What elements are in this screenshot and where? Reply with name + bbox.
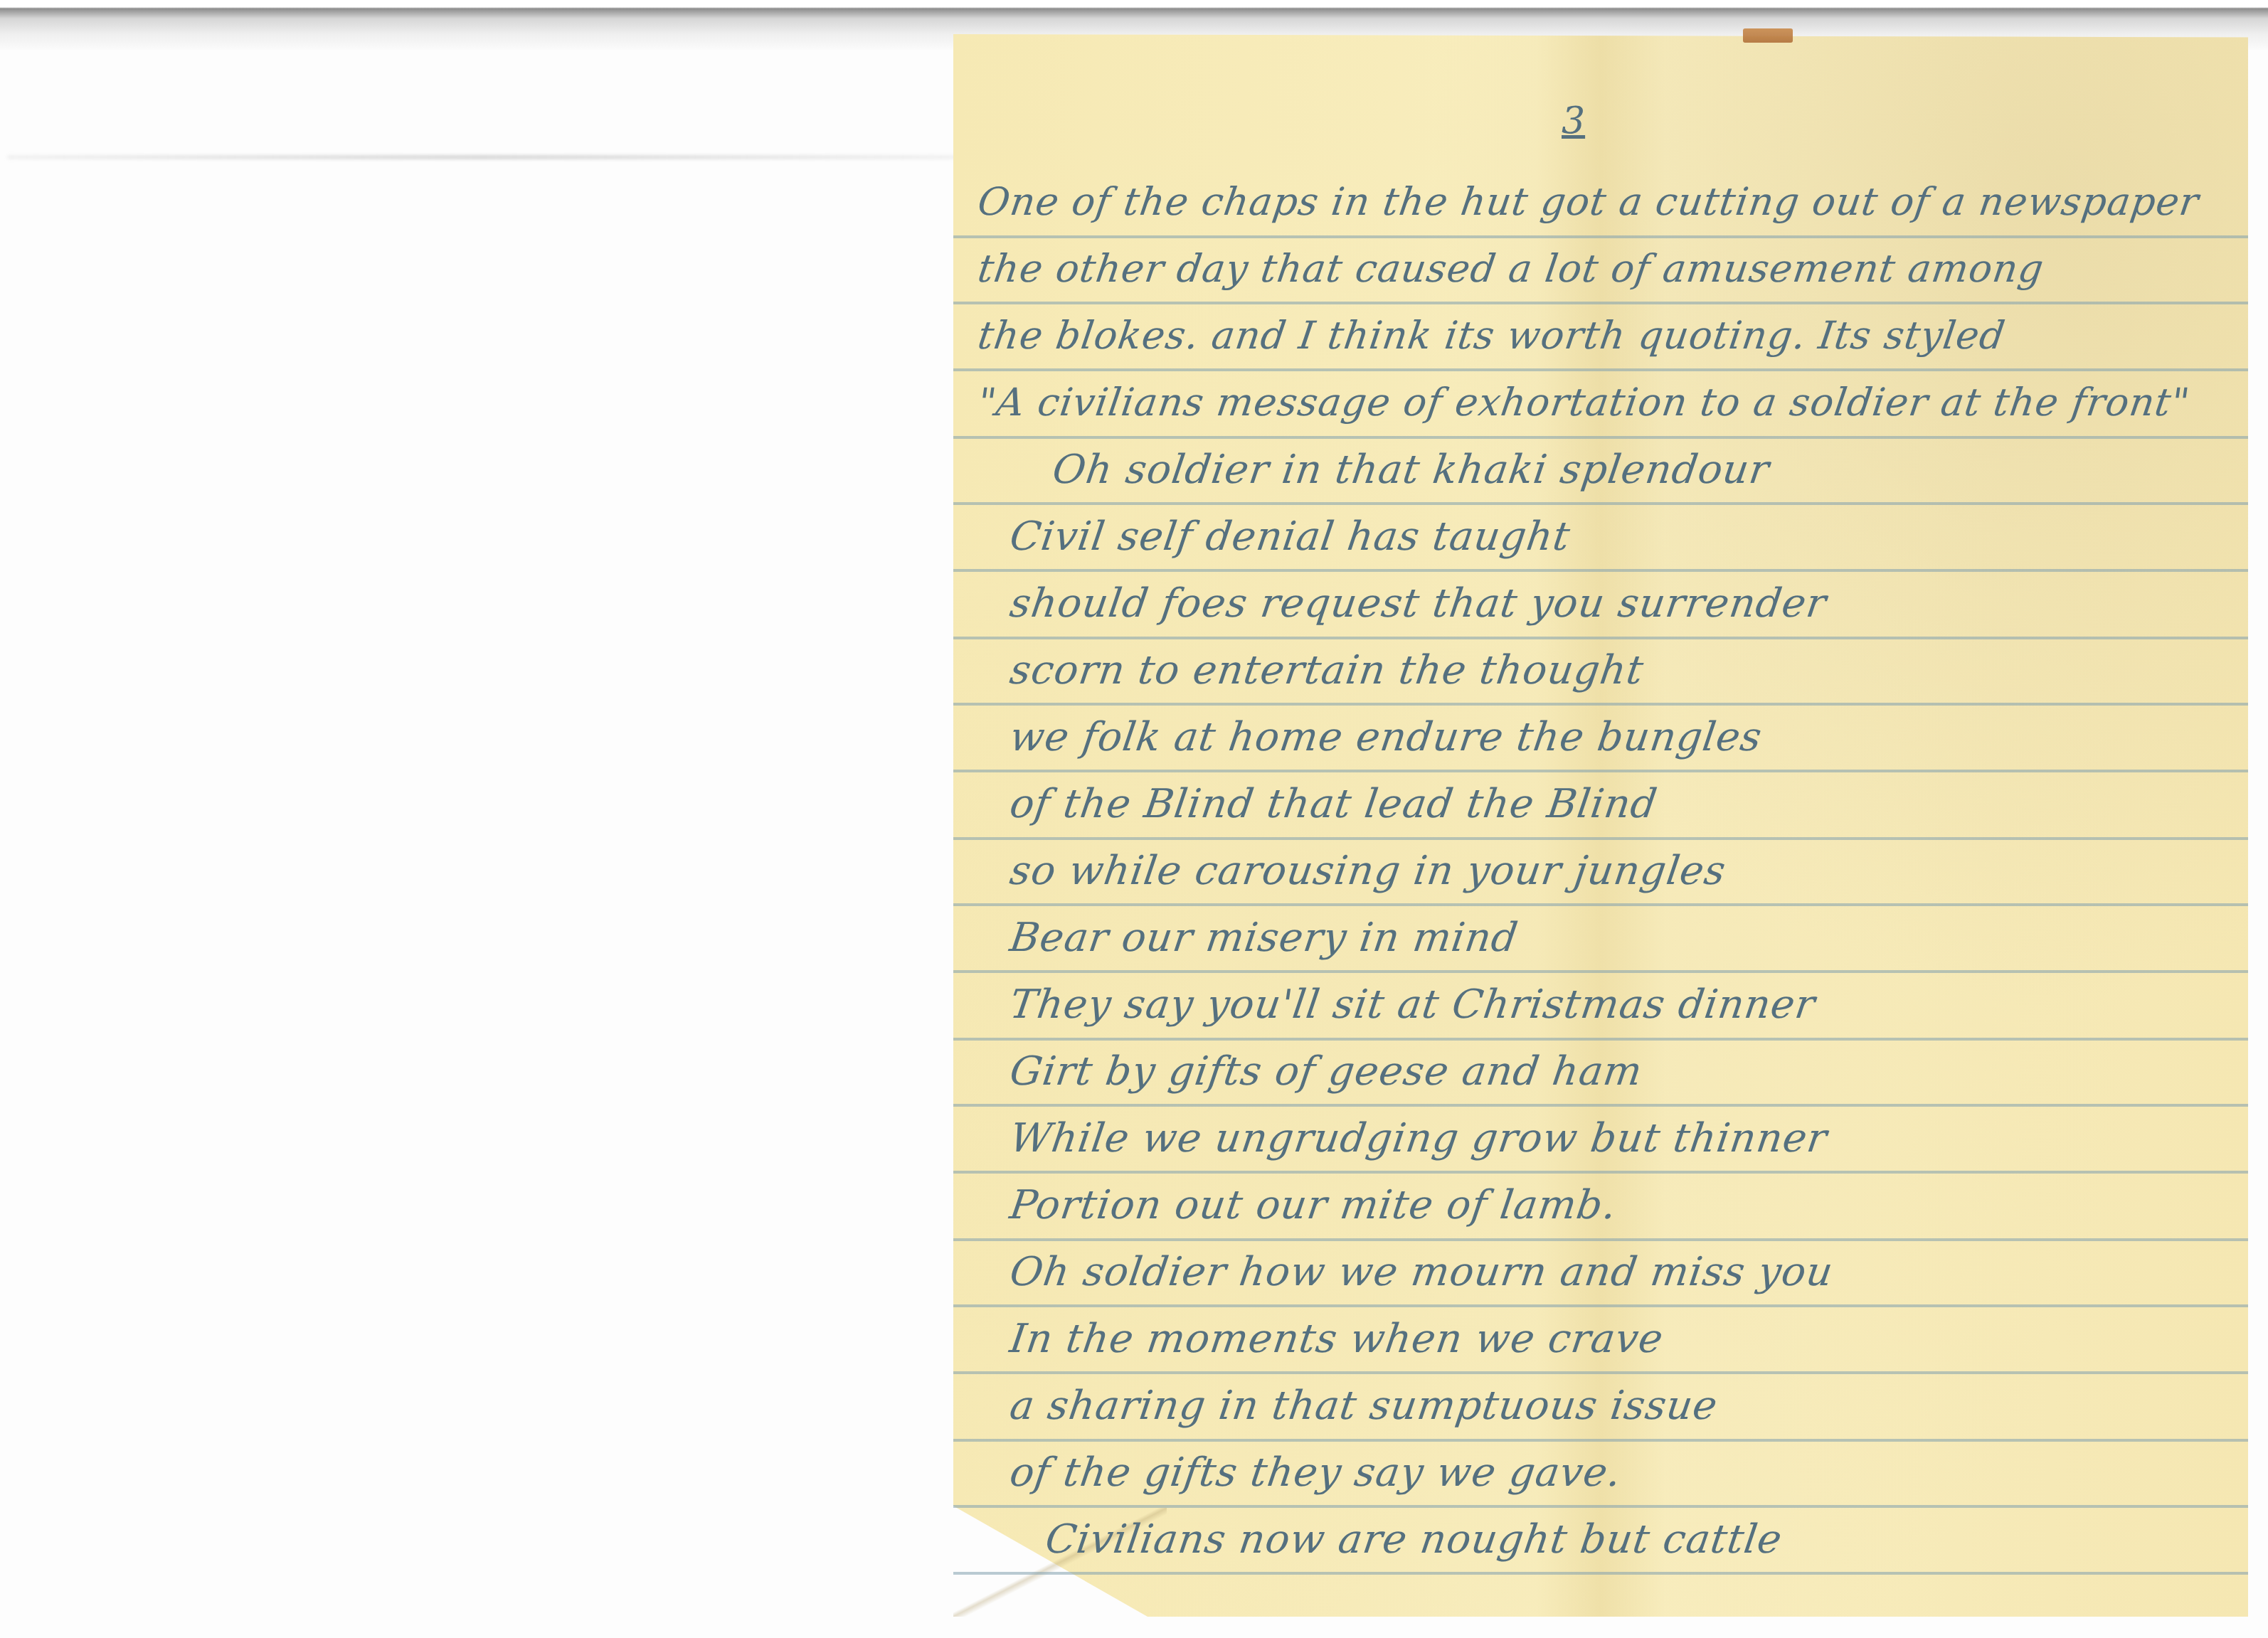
ruled-line xyxy=(953,436,2248,439)
poem-line: scorn to entertain the thought xyxy=(1007,647,1646,693)
tape-remnant xyxy=(1743,28,1793,43)
ruled-line xyxy=(953,637,2248,639)
poem-line: Oh soldier in that khaki splendour xyxy=(1049,447,1772,493)
ruled-line xyxy=(953,1572,2248,1575)
ruled-line xyxy=(953,1439,2248,1442)
poem-line: They say you'll sit at Christmas dinner xyxy=(1007,982,1818,1028)
ruled-line xyxy=(953,770,2248,772)
prose-line: "A civilians message of exhortation to a… xyxy=(975,380,2193,425)
poem-line: should foes request that you surrender xyxy=(1007,580,1829,627)
poem-line: Oh soldier how we mourn and miss you xyxy=(1007,1249,1835,1295)
ruled-line xyxy=(953,703,2248,706)
ruled-line xyxy=(953,235,2248,238)
poem-line: Portion out our mite of lamb. xyxy=(1007,1182,1619,1228)
ruled-line xyxy=(953,1104,2248,1107)
poem-line: a sharing in that sumptuous issue xyxy=(1007,1383,1720,1429)
prose-line: the blokes. and I think its worth quotin… xyxy=(975,313,2008,358)
poem-line: of the gifts they say we gave. xyxy=(1007,1450,1624,1496)
poem-line: In the moments when we crave xyxy=(1007,1316,1666,1362)
ruled-line xyxy=(953,569,2248,572)
ruled-line xyxy=(953,837,2248,840)
scan-artifact xyxy=(7,155,960,159)
poem-line: Civil self denial has taught xyxy=(1007,514,1573,560)
poem-line: Girt by gifts of geese and ham xyxy=(1007,1048,1645,1095)
poem-line: Bear our misery in mind xyxy=(1007,915,1521,961)
ruled-line xyxy=(953,970,2248,973)
poem-line: so while carousing in your jungles xyxy=(1007,848,1729,894)
prose-line: the other day that caused a lot of amuse… xyxy=(975,246,2047,291)
poem-line: While we ungrudging grow but thinner xyxy=(1007,1115,1830,1161)
poem-line: Civilians now are nought but cattle xyxy=(1042,1516,1785,1563)
ruled-line xyxy=(953,1505,2248,1508)
ruled-line xyxy=(953,302,2248,304)
ruled-line xyxy=(953,502,2248,505)
ruled-line xyxy=(953,1171,2248,1174)
ruled-line xyxy=(953,1238,2248,1241)
poem-line: we folk at home endure the bungles xyxy=(1007,714,1765,760)
prose-line: One of the chaps in the hut got a cuttin… xyxy=(975,179,2203,224)
ruled-line xyxy=(953,903,2248,906)
poem-line: of the Blind that lead the Blind xyxy=(1007,781,1660,827)
ruled-line xyxy=(953,1304,2248,1307)
ruled-line xyxy=(953,1038,2248,1041)
page-number: 3 xyxy=(1562,100,1585,142)
ruled-line xyxy=(953,1371,2248,1374)
ruled-line xyxy=(953,368,2248,371)
